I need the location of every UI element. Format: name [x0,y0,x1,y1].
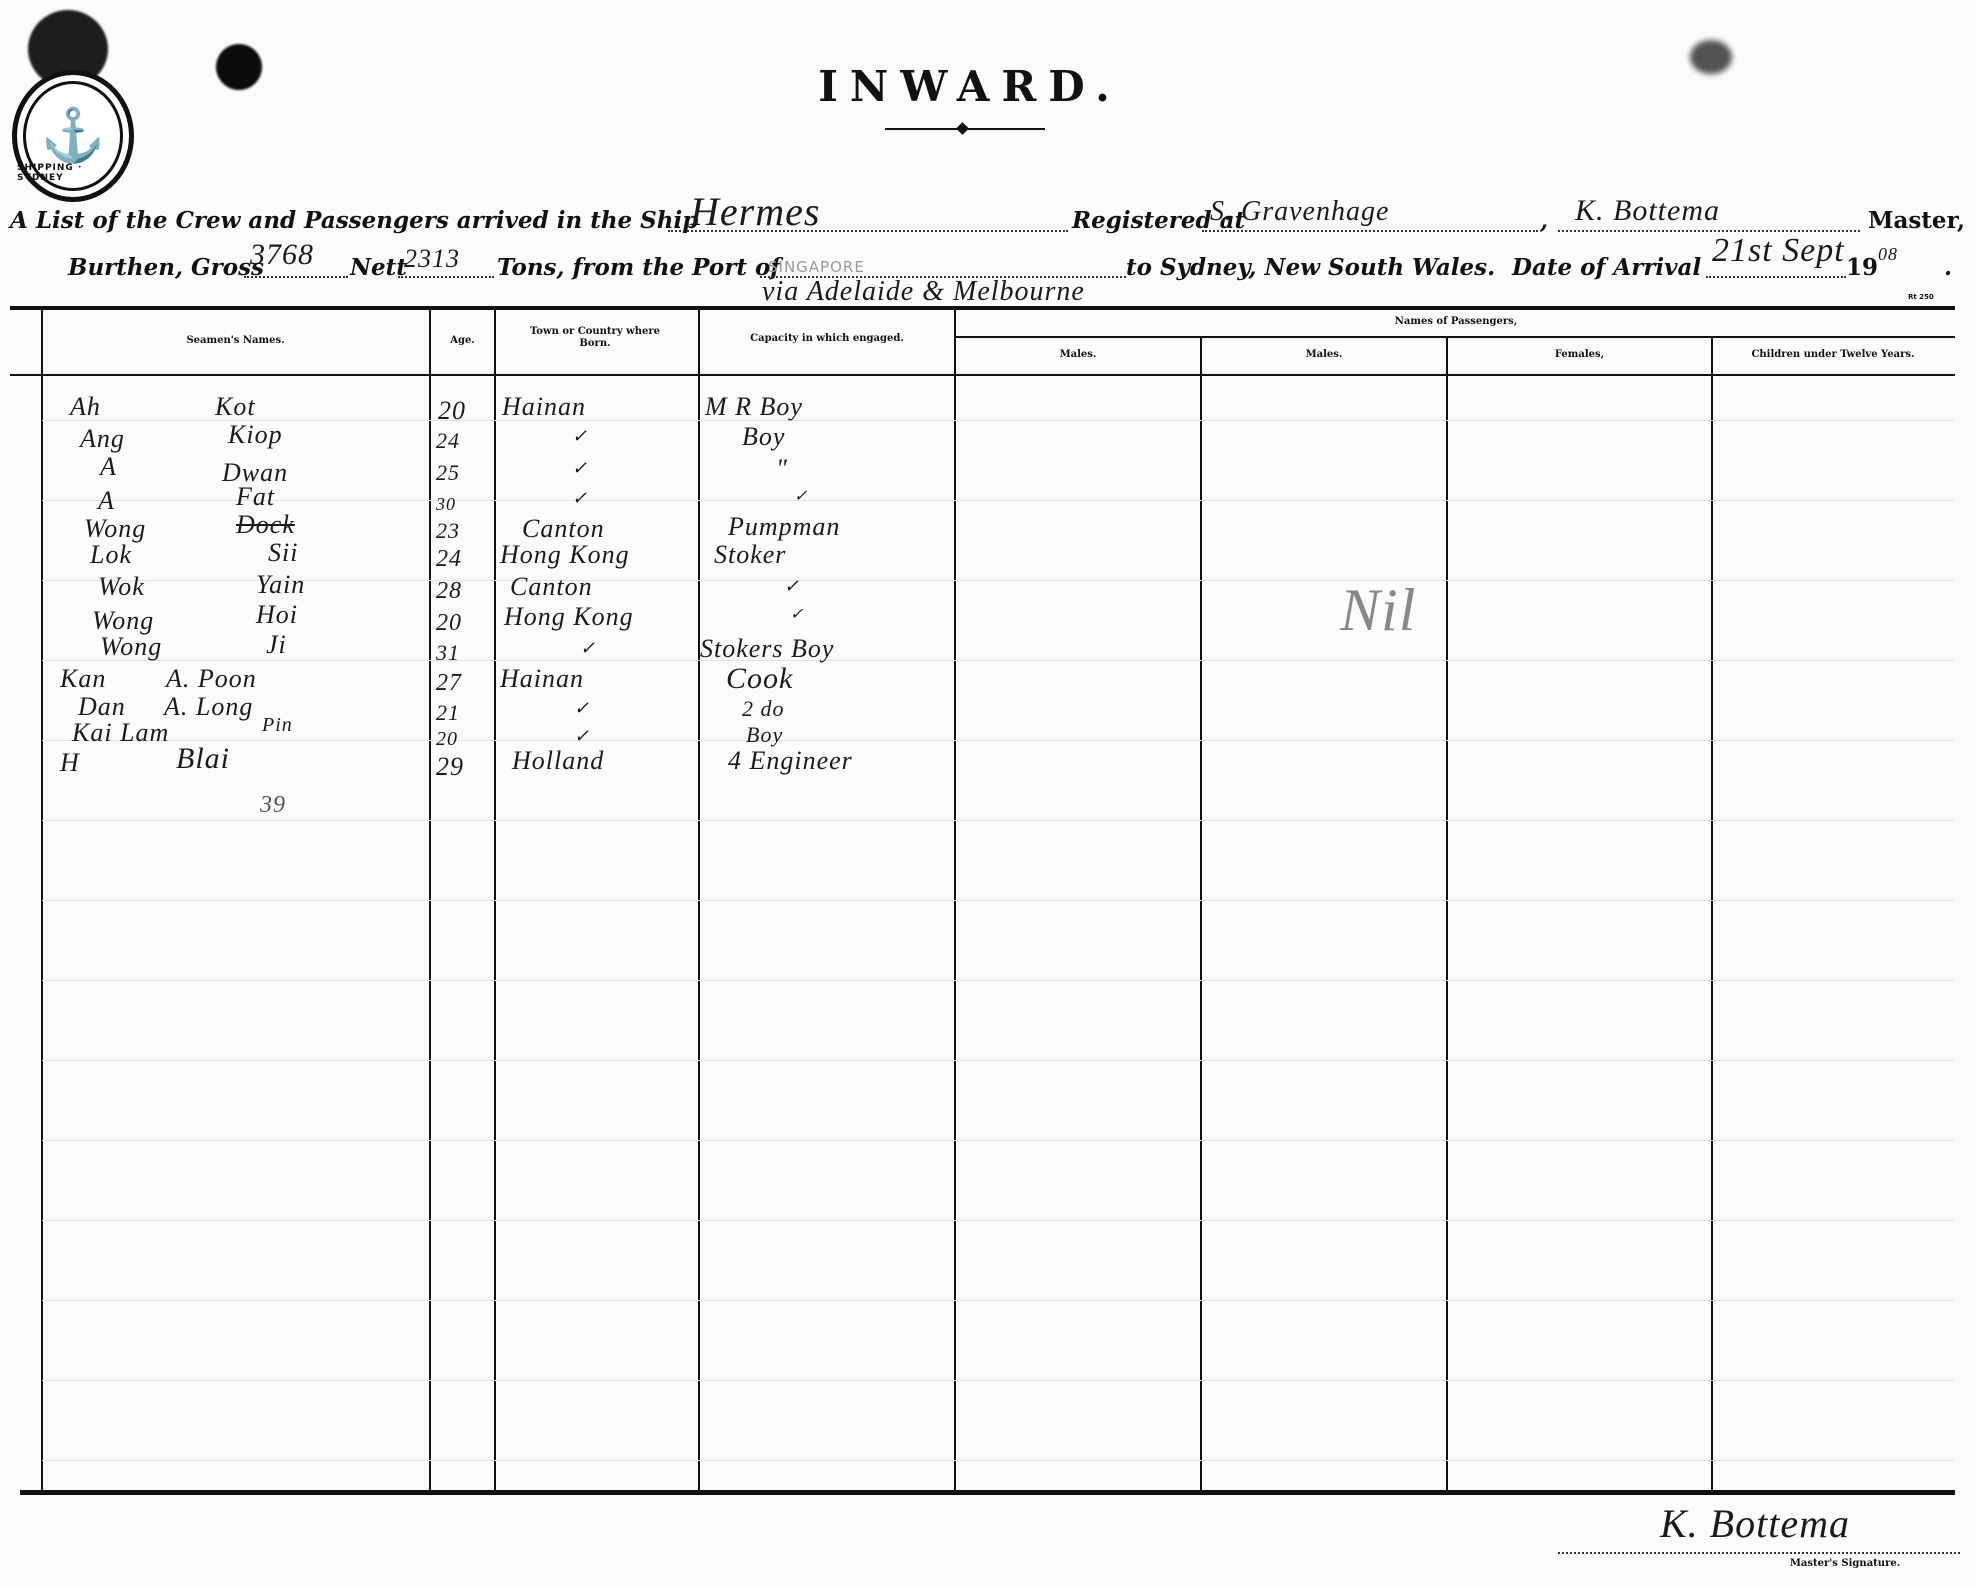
gross-field-line [244,276,348,278]
crew-age: 23 [436,518,460,544]
arrival-date: 21st Sept [1712,232,1845,270]
crew-capacity: 4 Engineer [728,746,853,776]
crew-age: 24 [436,546,462,573]
crew-age: 21 [436,700,460,726]
crew-capacity: Stokers Boy [700,634,834,664]
crew-capacity: Boy [746,722,783,748]
ruled-line [42,1460,1954,1461]
crew-born: Hong Kong [504,602,634,632]
ruled-line [42,580,1954,581]
crew-age: 20 [436,610,462,637]
signature-line [1558,1552,1960,1554]
crew-last-name: Dock [236,510,295,540]
crew-age: 31 [436,640,460,666]
header-bottom-rule [10,374,1955,376]
crew-capacity: ✓ [794,486,808,506]
burthen-label: Burthen, Gross [68,254,264,281]
crew-born: Hainan [502,392,586,422]
ruled-line [42,740,1954,741]
shipping-office-seal: ⚓ SHIPPING · SYDNEY [12,70,134,202]
master-signature: K. Bottema [1660,1500,1850,1547]
ruled-line [42,420,1954,421]
period: . [1944,254,1952,281]
crew-born: Holland [512,746,604,776]
arrival-label: Date of Arrival [1512,254,1701,281]
crew-age: 20 [436,728,458,751]
crew-age: 29 [436,752,464,782]
nett-field-line [398,276,494,278]
crew-age: 24 [436,428,460,454]
col-header-town-born: Town or Country where Born. [520,326,670,350]
crew-capacity: Stoker [714,540,786,570]
header-prefix: A List of the Crew and Passengers arrive… [10,207,698,234]
year-prefix: 19 [1846,254,1878,281]
tons-from-label: Tons, from the Port of [497,254,780,281]
col-header-seamen-names: Seamen's Names. [42,335,429,347]
col-line-females [1446,338,1448,1492]
crew-born: ✓ [572,458,588,479]
crew-born: Hainan [500,664,584,694]
destination-label: to Sydney, New South Wales. [1126,254,1495,281]
col-header-females: Females, [1448,349,1711,361]
crew-last-name: Yain [256,570,305,600]
seal-text: SHIPPING · SYDNEY [17,163,129,183]
registered-port: S. Gravenhage [1210,196,1389,228]
col-line-born [494,310,496,1492]
ruled-line [42,500,1954,501]
crew-age: 30 [436,494,456,515]
master-label: Master, [1868,207,1965,234]
crew-born: ✓ [572,426,588,447]
title-ornament-diamond [956,122,969,135]
signature-label: Master's Signature. [1770,1558,1920,1570]
col-line-capacity [698,310,700,1492]
col-header-passengers-group: Names of Passengers, [956,316,1956,328]
crew-first-name: Ah [70,392,101,422]
port-via: via Adelaide & Melbourne [762,276,1085,308]
ruled-line [42,980,1954,981]
crew-first-name: Kan [60,664,106,694]
col-header-children: Children under Twelve Years. [1713,349,1953,361]
nett-tons: 2313 [404,244,460,274]
ruled-line [42,1140,1954,1141]
crew-last-name: Kot [215,392,256,422]
crew-first-name: A [100,452,117,482]
crew-last-name: Sii [268,538,298,568]
crew-first-name: Lok [90,540,132,570]
col-line-passengers [954,310,956,1492]
ruled-line [42,820,1954,821]
crew-last-name: A. Poon [166,664,257,694]
passengers-group-rule [955,336,1955,338]
crew-capacity: Pumpman [728,512,840,542]
ruled-line [42,900,1954,901]
crew-capacity: Cook [726,662,793,696]
crew-last-name: Hoi [256,600,298,630]
arrival-field-line [1706,276,1846,278]
anchor-icon: ⚓ [41,110,106,162]
year-suffix: 08 [1878,244,1898,265]
crew-born: ✓ [580,638,596,659]
crew-count-note: 39 [260,792,286,819]
registered-field-line [1202,230,1538,232]
ruled-line [42,1220,1954,1221]
ship-name: Hermes [690,188,820,235]
crew-first-name: Wok [98,572,145,602]
port-stamp: SINGAPORE [768,258,865,276]
ruled-line [42,660,1954,661]
crew-capacity: ✓ [790,604,804,624]
crew-last-name: Blai [176,742,230,776]
crew-first-name: Kai Lam [72,718,169,748]
master-name: K. Bottema [1575,194,1720,228]
crew-capacity: ✓ [784,576,800,597]
page-title: INWARD. [770,62,1170,111]
comma: , [1540,207,1548,234]
crew-first-name: Ang [80,424,125,454]
col-line-left [41,310,43,1492]
crew-born: Hong Kong [500,540,630,570]
crew-age: 28 [436,578,462,605]
crew-last-name: Ji [266,630,287,660]
punch-hole [216,44,262,90]
crew-capacity: Boy [742,422,785,452]
passengers-nil-note: Nil [1340,576,1416,645]
crew-born: ✓ [572,488,588,509]
col-line-males2 [1200,338,1202,1492]
form-code: Rt 250 [1908,293,1934,301]
table-top-rule [10,306,1955,310]
crew-last-name: Pin [262,714,293,737]
crew-age: 27 [436,670,462,697]
crew-last-name: Kiop [228,420,283,450]
crew-first-name: Wong [100,632,162,662]
table-bottom-rule [20,1490,1955,1495]
col-line-children [1711,338,1713,1492]
crew-age: 25 [436,460,460,486]
col-header-age: Age. [431,335,494,347]
crew-capacity: " [776,454,788,484]
crew-born: Canton [510,572,593,602]
ruled-line [42,1060,1954,1061]
col-header-males-1: Males. [956,349,1200,361]
col-header-capacity: Capacity in which engaged. [700,333,954,345]
punch-hole [1690,40,1732,74]
gross-tons: 3768 [250,238,314,272]
ruled-line [42,1380,1954,1381]
crew-first-name: A [98,486,115,516]
crew-last-name: Fat [236,482,275,512]
crew-capacity: M R Boy [705,392,803,422]
crew-first-name: H [60,748,80,778]
crew-age: 20 [438,396,466,426]
crew-last-name: A. Long [164,692,253,722]
crew-capacity: 2 do [742,696,785,722]
crew-born: ✓ [574,726,590,747]
ruled-line [42,1300,1954,1301]
col-line-age [429,310,431,1492]
col-header-males-2: Males. [1202,349,1446,361]
crew-born: ✓ [574,698,590,719]
